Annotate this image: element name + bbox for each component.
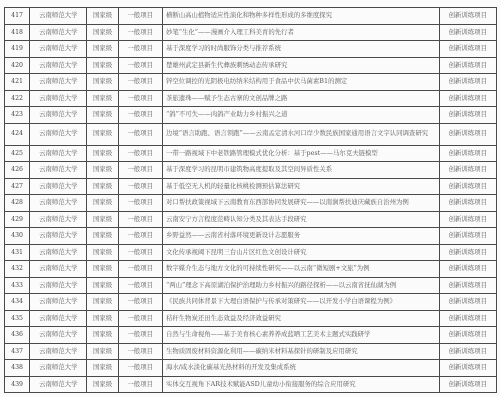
table-row: 422 云南师范大学 国家级 一般项目 茶旅遗珠——赋予生态古寨的文创品牌之路 …: [5, 90, 497, 107]
project-level-cell: 国家级: [87, 74, 118, 91]
project-category-cell: 创新训练项目: [439, 162, 496, 179]
project-level-cell: 国家级: [87, 211, 118, 228]
project-title-cell: 茶旅遗珠——赋予生态古寨的文创品牌之路: [162, 90, 439, 107]
project-level-cell: 国家级: [87, 360, 118, 377]
row-number-cell: 430: [5, 228, 30, 245]
project-category-cell: 创新训练项目: [439, 145, 496, 162]
project-category-cell: 创新训练项目: [439, 327, 496, 344]
university-cell: 云南师范大学: [30, 195, 87, 212]
project-type-cell: 一般项目: [118, 310, 162, 327]
project-title-cell: 对口帮扶政策视域下云南教育东西部协同发展研究——以南涧帮扶迪庆藏族自治州为例: [162, 195, 439, 212]
university-cell: 云南师范大学: [30, 327, 87, 344]
row-number-cell: 436: [5, 327, 30, 344]
row-number-cell: 433: [5, 277, 30, 294]
project-type-cell: 一般项目: [118, 277, 162, 294]
project-level-cell: 国家级: [87, 24, 118, 41]
project-type-cell: 一般项目: [118, 24, 162, 41]
university-cell: 云南师范大学: [30, 228, 87, 245]
project-category-cell: 创新训练项目: [439, 74, 496, 91]
project-category-cell: 创新训练项目: [439, 277, 496, 294]
table-row: 430 云南师范大学 国家级 一般项目 乡野益然——云南省村落环境更新设计志愿服…: [5, 228, 497, 245]
project-category-cell: 创新训练项目: [439, 343, 496, 360]
project-level-cell: 国家级: [87, 145, 118, 162]
project-level-cell: 国家级: [87, 195, 118, 212]
project-type-cell: 一般项目: [118, 8, 162, 25]
university-cell: 云南师范大学: [30, 90, 87, 107]
project-level-cell: 国家级: [87, 8, 118, 25]
project-type-cell: 一般项目: [118, 107, 162, 124]
table-row: 437 云南师范大学 国家级 一般项目 生物质固废材料资源化利用——碳纳米材料基…: [5, 343, 497, 360]
table-row: 418 云南师范大学 国家级 一般项目 妙笔“生化”——漫画介入理工科美育的先行…: [5, 24, 497, 41]
project-level-cell: 国家级: [87, 162, 118, 179]
table-row: 421 云南师范大学 国家级 一般项目 锌空位调控的光阴极电纺纳米结构用于食品中…: [5, 74, 497, 91]
project-category-cell: 创新训练项目: [439, 195, 496, 212]
project-title-cell: 妙笔“生化”——漫画介入理工科美育的先行者: [162, 24, 439, 41]
project-title-cell: 基于低空无人机的轻量化核桃检测预估算法研究: [162, 178, 439, 195]
project-title-cell: “鸽”不可失——肉鸽产业助力乡村振兴之道: [162, 107, 439, 124]
project-level-cell: 国家级: [87, 376, 118, 393]
project-level-cell: 国家级: [87, 107, 118, 124]
university-cell: 云南师范大学: [30, 24, 87, 41]
project-title-cell: 实体交互视角下AR技术赋能ASD儿童幼小衔接服务的综合应用研究: [162, 376, 439, 393]
project-type-cell: 一般项目: [118, 57, 162, 74]
project-title-cell: 基于深度学习的昆明市建筑物高度提取及其空间异质性关系: [162, 162, 439, 179]
project-type-cell: 一般项目: [118, 294, 162, 311]
project-level-cell: 国家级: [87, 294, 118, 311]
university-cell: 云南师范大学: [30, 178, 87, 195]
university-cell: 云南师范大学: [30, 57, 87, 74]
table-row: 420 云南师范大学 国家级 一般项目 楚雄州武定县新生代彝族刺绣动态传承研究 …: [5, 57, 497, 74]
university-cell: 云南师范大学: [30, 343, 87, 360]
project-category-cell: 创新训练项目: [439, 178, 496, 195]
project-level-cell: 国家级: [87, 178, 118, 195]
project-title-cell: 横断山高山植物适应性演化和物种多样性形成的多维度探究: [162, 8, 439, 25]
project-type-cell: 一般项目: [118, 360, 162, 377]
table-row: 425 云南师范大学 国家级 一般项目 一带一路视域下中老铁路管理模式优化分析：…: [5, 145, 497, 162]
university-cell: 云南师范大学: [30, 162, 87, 179]
project-title-cell: 基于深度学习的时尚服饰分类与推荐系统: [162, 41, 439, 58]
project-title-cell: 秸秆生物炭还田生态效益及经济效益研究: [162, 310, 439, 327]
table-row: 423 云南师范大学 国家级 一般项目 “鸽”不可失——肉鸽产业助力乡村振兴之道…: [5, 107, 497, 124]
university-cell: 云南师范大学: [30, 8, 87, 25]
row-number-cell: 422: [5, 90, 30, 107]
project-title-cell: 锌空位调控的光阴极电纺纳米结构用于食品中伏马菌素B1的测定: [162, 74, 439, 91]
project-level-cell: 国家级: [87, 277, 118, 294]
table-row: 439 云南师范大学 国家级 一般项目 实体交互视角下AR技术赋能ASD儿童幼小…: [5, 376, 497, 393]
row-number-cell: 426: [5, 162, 30, 179]
project-type-cell: 一般项目: [118, 90, 162, 107]
row-number-cell: 439: [5, 376, 30, 393]
project-title-cell: 自然与生命视角——基于美育核心素养养成蓝晒工艺美术主题式实践研学: [162, 327, 439, 344]
table-row: 434 云南师范大学 国家级 一般项目 《民族共同体背景下大理白语保护与传承对策…: [5, 294, 497, 311]
project-title-cell: 楚雄州武定县新生代彝族刺绣动态传承研究: [162, 57, 439, 74]
project-category-cell: 创新训练项目: [439, 90, 496, 107]
project-title-cell: 海水/咸水淡化碳基光热材料的开发及集成系统: [162, 360, 439, 377]
project-type-cell: 一般项目: [118, 74, 162, 91]
table-row: 433 云南师范大学 国家级 一般项目 “两山”理念下高原湖泊保护治理助力乡村振…: [5, 277, 497, 294]
project-type-cell: 一般项目: [118, 41, 162, 58]
row-number-cell: 420: [5, 57, 30, 74]
project-category-cell: 创新训练项目: [439, 41, 496, 58]
row-number-cell: 429: [5, 211, 30, 228]
project-title-cell: 文化传承视阈下昆明三台山片区红色文创设计研究: [162, 244, 439, 261]
project-type-cell: 一般项目: [118, 162, 162, 179]
project-level-cell: 国家级: [87, 343, 118, 360]
row-number-cell: 424: [5, 123, 30, 145]
row-number-cell: 432: [5, 261, 30, 278]
project-type-cell: 一般项目: [118, 195, 162, 212]
project-category-cell: 创新训练项目: [439, 211, 496, 228]
project-type-cell: 一般项目: [118, 343, 162, 360]
table-row: 438 云南师范大学 国家级 一般项目 海水/咸水淡化碳基光热材料的开发及集成系…: [5, 360, 497, 377]
university-cell: 云南师范大学: [30, 360, 87, 377]
university-cell: 云南师范大学: [30, 74, 87, 91]
row-number-cell: 419: [5, 41, 30, 58]
university-cell: 云南师范大学: [30, 244, 87, 261]
project-category-cell: 创新训练项目: [439, 107, 496, 124]
project-type-cell: 一般项目: [118, 228, 162, 245]
university-cell: 云南师范大学: [30, 376, 87, 393]
project-title-cell: 生物质固废材料资源化利用——碳纳米材料基探针的研制及应用研究: [162, 343, 439, 360]
table-row: 427 云南师范大学 国家级 一般项目 基于低空无人机的轻量化核桃检测预估算法研…: [5, 178, 497, 195]
row-number-cell: 427: [5, 178, 30, 195]
university-cell: 云南师范大学: [30, 310, 87, 327]
row-number-cell: 437: [5, 343, 30, 360]
university-cell: 云南师范大学: [30, 294, 87, 311]
table-row: 428 云南师范大学 国家级 一般项目 对口帮扶政策视域下云南教育东西部协同发展…: [5, 195, 497, 212]
table-body: 417 云南师范大学 国家级 一般项目 横断山高山植物适应性演化和物种多样性形成…: [5, 8, 497, 393]
project-type-cell: 一般项目: [118, 327, 162, 344]
project-category-cell: 创新训练项目: [439, 228, 496, 245]
table-row: 435 云南师范大学 国家级 一般项目 秸秆生物炭还田生态效益及经济效益研究 创…: [5, 310, 497, 327]
row-number-cell: 434: [5, 294, 30, 311]
university-cell: 云南师范大学: [30, 261, 87, 278]
table-row: 432 云南师范大学 国家级 一般项目 数字媒介生态与地方文化的可持续性研究——…: [5, 261, 497, 278]
document-page: 417 云南师范大学 国家级 一般项目 横断山高山植物适应性演化和物种多样性形成…: [0, 0, 501, 397]
row-number-cell: 423: [5, 107, 30, 124]
university-cell: 云南师范大学: [30, 107, 87, 124]
table-row: 436 云南师范大学 国家级 一般项目 自然与生命视角——基于美育核心素养养成蓝…: [5, 327, 497, 344]
project-level-cell: 国家级: [87, 327, 118, 344]
project-category-cell: 创新训练项目: [439, 57, 496, 74]
project-category-cell: 创新训练项目: [439, 24, 496, 41]
project-type-cell: 一般项目: [118, 123, 162, 145]
university-cell: 云南师范大学: [30, 145, 87, 162]
project-title-cell: 《民族共同体背景下大理白语保护与传承对策研究——以开发小学白语课程为例》: [162, 294, 439, 311]
project-title-cell: “两山”理念下高原湖泊保护治理助力乡村振兴的路径探析——以云南省抚仙湖为例: [162, 277, 439, 294]
project-type-cell: 一般项目: [118, 178, 162, 195]
row-number-cell: 418: [5, 24, 30, 41]
project-title-cell: 乡野益然——云南省村落环境更新设计志愿服务: [162, 228, 439, 245]
university-cell: 云南师范大学: [30, 211, 87, 228]
row-number-cell: 421: [5, 74, 30, 91]
row-number-cell: 425: [5, 145, 30, 162]
table-row: 419 云南师范大学 国家级 一般项目 基于深度学习的时尚服饰分类与推荐系统 创…: [5, 41, 497, 58]
row-number-cell: 431: [5, 244, 30, 261]
table-row: 429 云南师范大学 国家级 一般项目 云南安宁方言程度范畴认知分类及其表达手段…: [5, 211, 497, 228]
project-title-cell: 边境“语言助跑、语言领跑”——云南孟定清水河口岸少数民族国家通用语言文字认同调查…: [162, 123, 439, 145]
row-number-cell: 428: [5, 195, 30, 212]
university-cell: 云南师范大学: [30, 123, 87, 145]
project-category-cell: 创新训练项目: [439, 8, 496, 25]
project-category-cell: 创新训练项目: [439, 123, 496, 145]
project-category-cell: 创新训练项目: [439, 261, 496, 278]
project-category-cell: 创新训练项目: [439, 294, 496, 311]
project-level-cell: 国家级: [87, 41, 118, 58]
row-number-cell: 435: [5, 310, 30, 327]
project-title-cell: 一带一路视域下中老铁路管理模式优化分析：基于pest——马尔克夫链模型: [162, 145, 439, 162]
university-cell: 云南师范大学: [30, 41, 87, 58]
project-title-cell: 数字媒介生态与地方文化的可持续性研究——以云南“微短剧+文旅”为例: [162, 261, 439, 278]
university-cell: 云南师范大学: [30, 277, 87, 294]
project-type-cell: 一般项目: [118, 376, 162, 393]
project-type-cell: 一般项目: [118, 244, 162, 261]
project-level-cell: 国家级: [87, 57, 118, 74]
project-list-table: 417 云南师范大学 国家级 一般项目 横断山高山植物适应性演化和物种多样性形成…: [4, 7, 497, 393]
row-number-cell: 438: [5, 360, 30, 377]
project-level-cell: 国家级: [87, 123, 118, 145]
project-category-cell: 创新训练项目: [439, 376, 496, 393]
project-category-cell: 创新训练项目: [439, 244, 496, 261]
row-number-cell: 417: [5, 8, 30, 25]
project-type-cell: 一般项目: [118, 261, 162, 278]
project-category-cell: 创新训练项目: [439, 310, 496, 327]
project-title-cell: 云南安宁方言程度范畴认知分类及其表达手段研究: [162, 211, 439, 228]
project-level-cell: 国家级: [87, 261, 118, 278]
project-level-cell: 国家级: [87, 228, 118, 245]
table-row: 417 云南师范大学 国家级 一般项目 横断山高山植物适应性演化和物种多样性形成…: [5, 8, 497, 25]
project-type-cell: 一般项目: [118, 211, 162, 228]
project-level-cell: 国家级: [87, 310, 118, 327]
project-category-cell: 创新训练项目: [439, 360, 496, 377]
table-row: 424 云南师范大学 国家级 一般项目 边境“语言助跑、语言领跑”——云南孟定清…: [5, 123, 497, 145]
table-row: 426 云南师范大学 国家级 一般项目 基于深度学习的昆明市建筑物高度提取及其空…: [5, 162, 497, 179]
project-level-cell: 国家级: [87, 90, 118, 107]
project-level-cell: 国家级: [87, 244, 118, 261]
table-row: 431 云南师范大学 国家级 一般项目 文化传承视阈下昆明三台山片区红色文创设计…: [5, 244, 497, 261]
project-type-cell: 一般项目: [118, 145, 162, 162]
